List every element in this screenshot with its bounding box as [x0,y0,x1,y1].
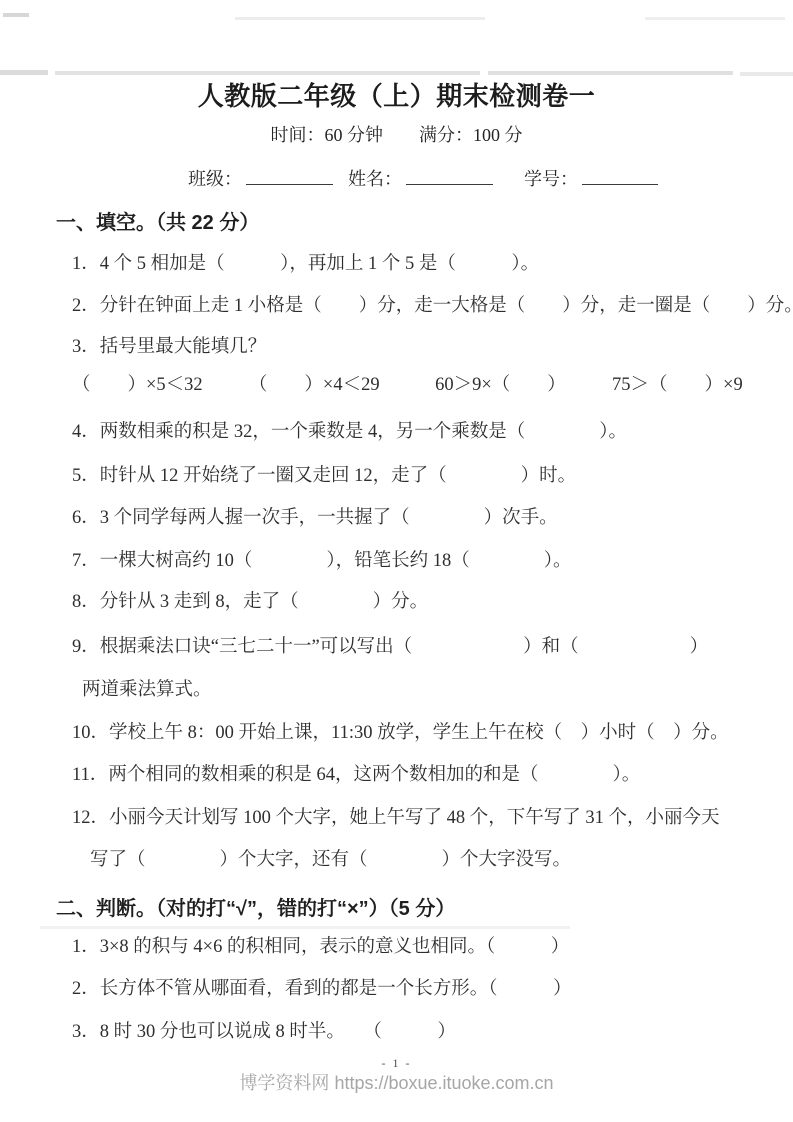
class-label: 班级： [188,169,242,189]
student-no-blank-line [582,166,658,185]
fill-item-12-continued: 写了（ ）个大字，还有（ ）个大字没写。 [90,847,571,873]
judge-item-1: 1．3×8 的积与 4×6 的积相同，表示的意义也相同。（ ） [72,934,569,960]
name-blank-line [406,166,493,185]
fill-item-4: 4．两数相乘的积是 32，一个乘数是 4，另一个乘数是（ ）。 [72,419,627,445]
fill-item-5: 5．时针从 12 开始绕了一圈又走回 12，走了（ ）时。 [72,463,576,489]
fill-item-2: 2．分针在钟面上走 1 小格是（ ）分，走一大格是（ ）分，走一圈是（ ）分。 [72,293,793,319]
fill-item-10: 10．学校上午 8：00 开始上课，11:30 放学，学生上午在校（ ）小时（ … [72,720,729,746]
scan-streak [488,71,733,75]
section-fill-heading: 一、填空。（共 22 分） [56,206,259,235]
student-no-field: 学号： [524,165,658,191]
fill-item-6: 6．3 个同学每两人握一次手，一共握了（ ）次手。 [72,505,558,531]
fill-item-8: 8．分针从 3 走到 8，走了（ ）分。 [72,589,428,615]
scan-streak [55,71,480,75]
fill-item-11: 11．两个相同的数相乘的积是 64，这两个数相加的和是（ ）。 [72,762,640,788]
judge-item-3: 3．8 时 30 分也可以说成 8 时半。 （ ） [72,1019,456,1045]
fill-item-9-continued: 两道乘法算式。 [82,677,212,703]
class-blank-line [246,166,333,185]
fill-item-3: 3．括号里最大能填几？ [72,334,266,360]
class-field: 班级： [188,165,333,191]
student-no-label: 学号： [524,169,578,189]
scan-streak [235,17,485,20]
name-label: 姓名： [348,169,402,189]
fill-item-9: 9．根据乘法口诀“三七二十一”可以写出（ ）和（ ） [72,634,708,660]
fill-item-3-expressions: （ ）×5＜32 （ ）×4＜29 60＞9×（ ） 75＞（ ）×9 [72,372,743,398]
page-title: 人教版二年级（上）期末检测卷一 [0,76,793,113]
scan-streak [40,926,570,929]
scan-streak [3,13,29,17]
fill-item-12: 12．小丽今天计划写 100 个大字，她上午写了 48 个，下午写了 31 个，… [72,805,720,831]
exam-paper-page: 人教版二年级（上）期末检测卷一 时间：60 分钟 满分：100 分 班级： 姓名… [0,0,793,1122]
name-field: 姓名： [348,165,493,191]
exam-time-score-line: 时间：60 分钟 满分：100 分 [0,121,793,147]
scan-streak [645,17,785,20]
scan-streak [0,70,48,75]
fill-item-1: 1．4 个 5 相加是（ ），再加上 1 个 5 是（ ）。 [72,251,539,277]
judge-item-2: 2．长方体不管从哪面看，看到的都是一个长方形。（ ） [72,976,572,1002]
fill-item-7: 7．一棵大树高约 10（ ），铅笔长约 18（ ）。 [72,548,572,574]
section-judge-heading: 二、判断。（对的打“√”，错的打“×”）（5 分） [56,892,455,921]
watermark-site-line: 博学资料网 https://boxue.ituoke.com.cn [0,1069,793,1095]
